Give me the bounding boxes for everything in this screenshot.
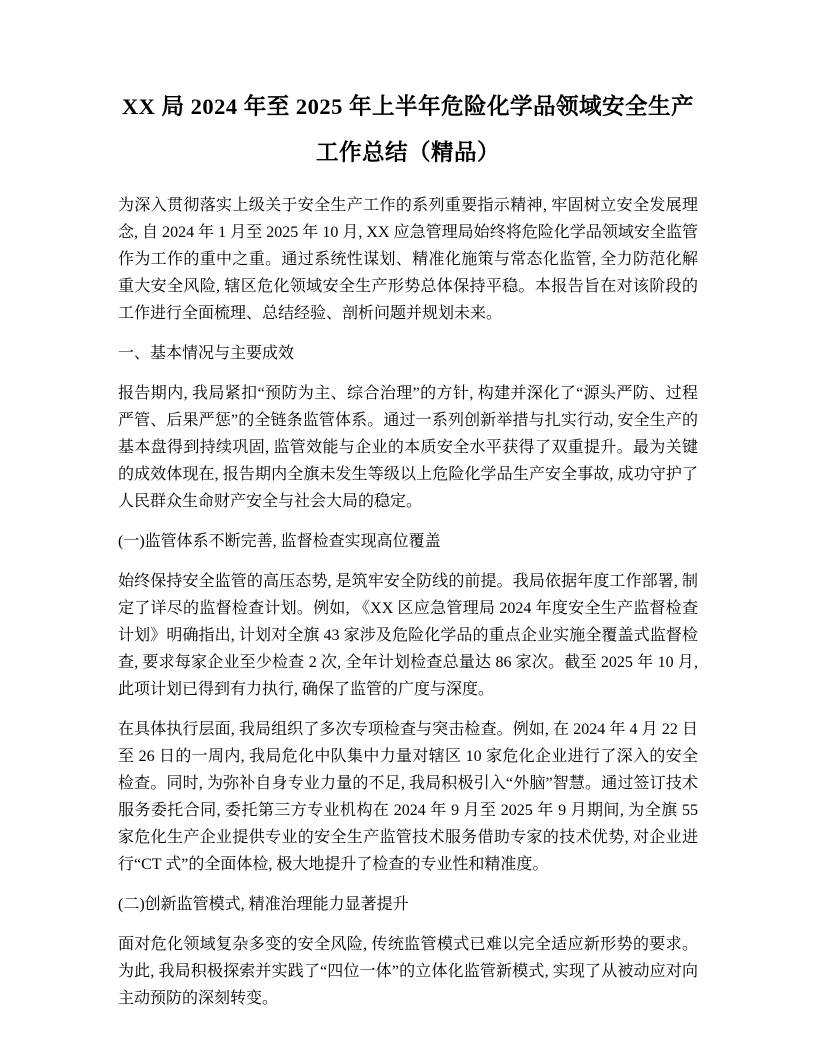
paragraph-inspection-plan: 始终保持安全监管的高压态势, 是筑牢安全防线的前提。我局依据年度工作部署, 制定… xyxy=(118,568,698,703)
subsection-heading-supervision-system: (一)监管体系不断完善, 监督检查实现高位覆盖 xyxy=(118,528,698,555)
subsection-heading-innovative-supervision: (二)创新监管模式, 精准治理能力显著提升 xyxy=(118,891,698,918)
paragraph-supervision-model: 面对危化领域复杂多变的安全风险, 传统监管模式已难以完全适应新形势的要求。为此,… xyxy=(118,931,698,1012)
intro-paragraph: 为深入贯彻落实上级关于安全生产工作的系列重要指示精神, 牢固树立安全发展理念, … xyxy=(118,192,698,327)
document-title: XX 局 2024 年至 2025 年上半年危险化学品领域安全生产工作总结（精品… xyxy=(118,84,698,176)
document-page: XX 局 2024 年至 2025 年上半年危险化学品领域安全生产工作总结（精品… xyxy=(0,0,816,1056)
paragraph-inspection-execution: 在具体执行层面, 我局组织了多次专项检查与突击检查。例如, 在 2024 年 4… xyxy=(118,716,698,878)
section-heading-basic-situation: 一、基本情况与主要成效 xyxy=(118,340,698,367)
paragraph-report-period-overview: 报告期内, 我局紧扣“预防为主、综合治理”的方针, 构建并深化了“源头严防、过程… xyxy=(118,380,698,515)
